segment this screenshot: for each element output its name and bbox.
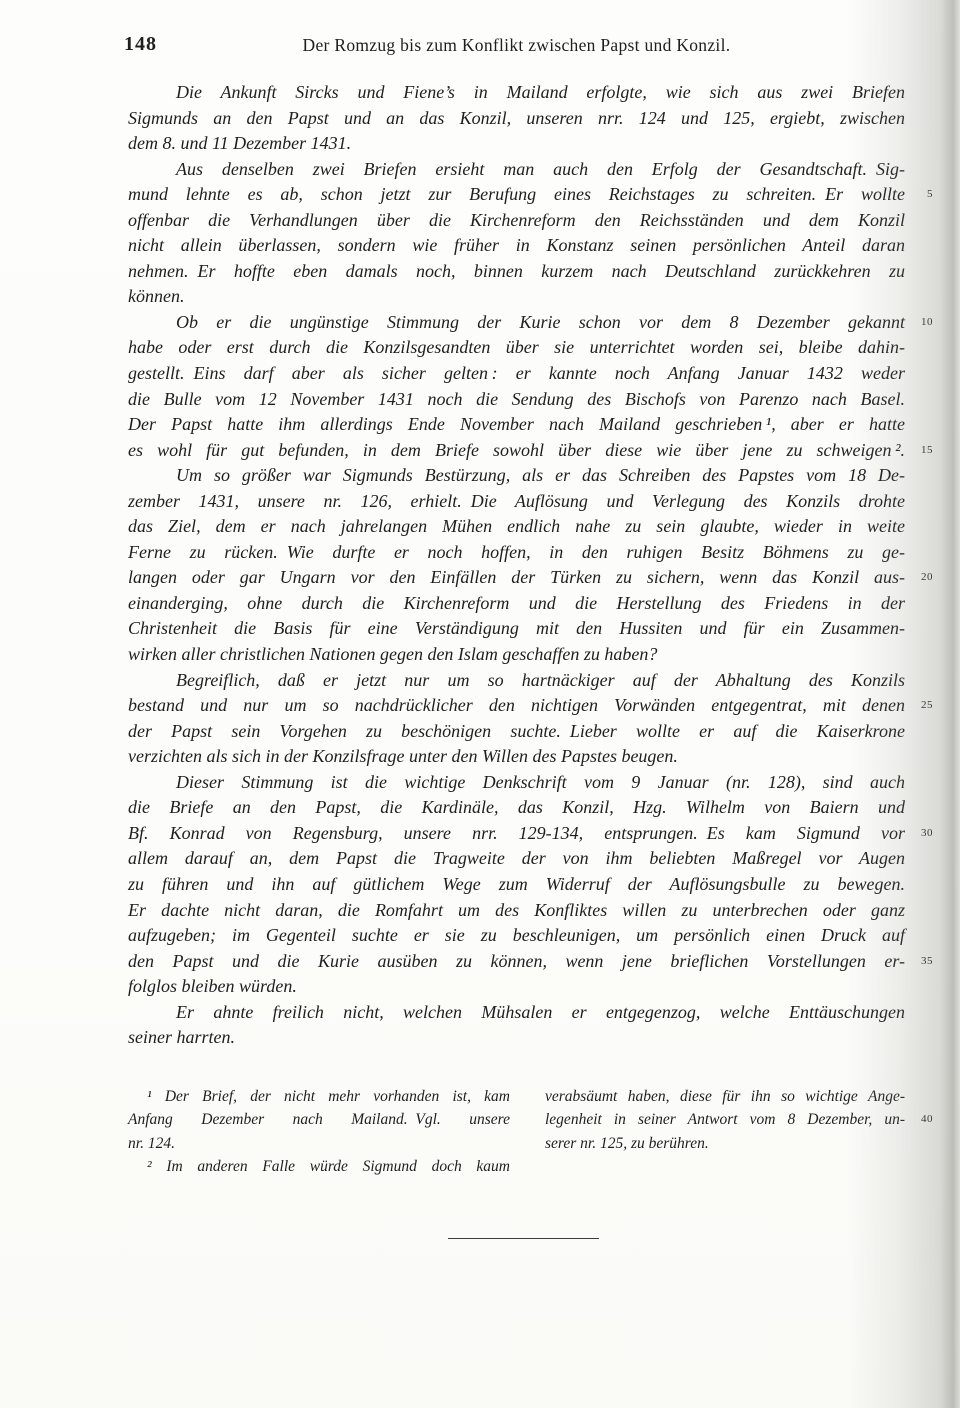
text-line: serer nr. 125, zu berühren.: [545, 1132, 905, 1155]
text-line: Dieser Stimmung ist die wichtige Denksch…: [128, 770, 905, 796]
text-line: Der Papst hatte ihm allerdings Ende Nove…: [128, 412, 905, 438]
line-number: 30: [921, 821, 933, 847]
text-line: ² Im anderen Falle würde Sigmund doch ka…: [128, 1155, 510, 1178]
text-line: einanderging, ohne durch die Kirchenrefo…: [128, 591, 905, 617]
text-line: habe oder erst durch die Konzilsgesandte…: [128, 335, 905, 361]
text-line: dem 8. und 11 Dezember 1431.: [128, 131, 905, 157]
text-line: Er dachte nicht daran, die Romfahrt um d…: [128, 898, 905, 924]
text-line: Er ahnte freilich nicht, welchen Mühsale…: [128, 1000, 905, 1026]
line-number: 40: [921, 1108, 933, 1131]
line-number: 20: [921, 565, 933, 591]
page-header: 148 Der Romzug bis zum Konflikt zwischen…: [128, 33, 905, 56]
text-line: die Briefe an den Papst, die Kardinäle, …: [128, 795, 905, 821]
footnote-column-right: verabsäumt haben, diese für ihn so wicht…: [545, 1085, 905, 1179]
text-line: das Ziel, dem er nach jahrelangen Mühen …: [128, 514, 905, 540]
text-line: mund lehnte es ab, schon jetzt zur Beruf…: [128, 182, 905, 208]
text-line: gestellt. Eins darf aber als sicher gelt…: [128, 361, 905, 387]
line-number: 15: [921, 438, 933, 464]
text-line: langen oder gar Ungarn vor den Einfällen…: [128, 565, 905, 591]
text-line: den Papst und die Kurie ausüben zu könne…: [128, 949, 905, 975]
text-line: nicht allein überlassen, sondern wie frü…: [128, 233, 905, 259]
end-of-section-rule: [448, 1238, 599, 1239]
text-line: bestand und nur um so nachdrücklicher de…: [128, 693, 905, 719]
text-line: verabsäumt haben, diese für ihn so wicht…: [545, 1085, 905, 1108]
text-line: Ob er die ungünstige Stimmung der Kurie …: [128, 310, 905, 336]
text-line: wirken aller christlichen Nationen gegen…: [128, 642, 905, 668]
running-title: Der Romzug bis zum Konflikt zwischen Pap…: [128, 33, 905, 56]
text-line: Ferne zu rücken. Wie durfte er noch hoff…: [128, 540, 905, 566]
text-line: folglos bleiben würden.: [128, 974, 905, 1000]
text-line: nr. 124.: [128, 1132, 510, 1155]
text-line: seiner harrten.: [128, 1025, 905, 1051]
text-line: der Papst sein Vorgehen zu beschönigen s…: [128, 719, 905, 745]
text-line: Um so größer war Sigmunds Bestürzung, al…: [128, 463, 905, 489]
text-line: Begreiflich, daß er jetzt nur um so hart…: [128, 668, 905, 694]
text-line: nehmen. Er hoffte eben damals noch, binn…: [128, 259, 905, 285]
text-line: Anfang Dezember nach Mailand. Vgl. unser…: [128, 1108, 510, 1131]
line-number: 35: [921, 949, 933, 975]
text-line: allem darauf an, dem Papst die Tragweite…: [128, 846, 905, 872]
text-line: ¹ Der Brief, der nicht mehr vorhanden is…: [128, 1085, 510, 1108]
line-number: 25: [921, 693, 933, 719]
scanned-page: 148 Der Romzug bis zum Konflikt zwischen…: [0, 0, 960, 1408]
text-line: können.: [128, 284, 905, 310]
text-line: zember 1431, unsere nr. 126, erhielt. Di…: [128, 489, 905, 515]
text-line: Christenheit die Basis für eine Verständ…: [128, 616, 905, 642]
line-number: 5: [927, 182, 933, 208]
footnote-column-left: ¹ Der Brief, der nicht mehr vorhanden is…: [128, 1085, 510, 1179]
text-line: offenbar die Verhandlungen über die Kirc…: [128, 208, 905, 234]
text-line: aufzugeben; im Gegenteil suchte er sie z…: [128, 923, 905, 949]
page-number: 148: [124, 33, 157, 56]
text-line: es wohl für gut befunden, in dem Briefe …: [128, 438, 905, 464]
text-line: zu führen und ihn auf gütlichem Wege zum…: [128, 872, 905, 898]
text-line: Sigmunds an den Papst und an das Konzil,…: [128, 106, 905, 132]
footnotes-section: ¹ Der Brief, der nicht mehr vorhanden is…: [128, 1085, 905, 1179]
text-line: legenheit in seiner Antwort vom 8 Dezemb…: [545, 1108, 905, 1131]
text-line: Bf. Konrad von Regensburg, unsere nrr. 1…: [128, 821, 905, 847]
line-number: 10: [921, 310, 933, 336]
text-line: die Bulle vom 12 November 1431 noch die …: [128, 387, 905, 413]
text-line: Die Ankunft Sircks und Fiene’s in Mailan…: [128, 80, 905, 106]
text-line: verzichten als sich in der Konzilsfrage …: [128, 744, 905, 770]
main-text-block: Die Ankunft Sircks und Fiene’s in Mailan…: [128, 80, 905, 1051]
text-line: Aus denselben zwei Briefen ersieht man a…: [128, 157, 905, 183]
